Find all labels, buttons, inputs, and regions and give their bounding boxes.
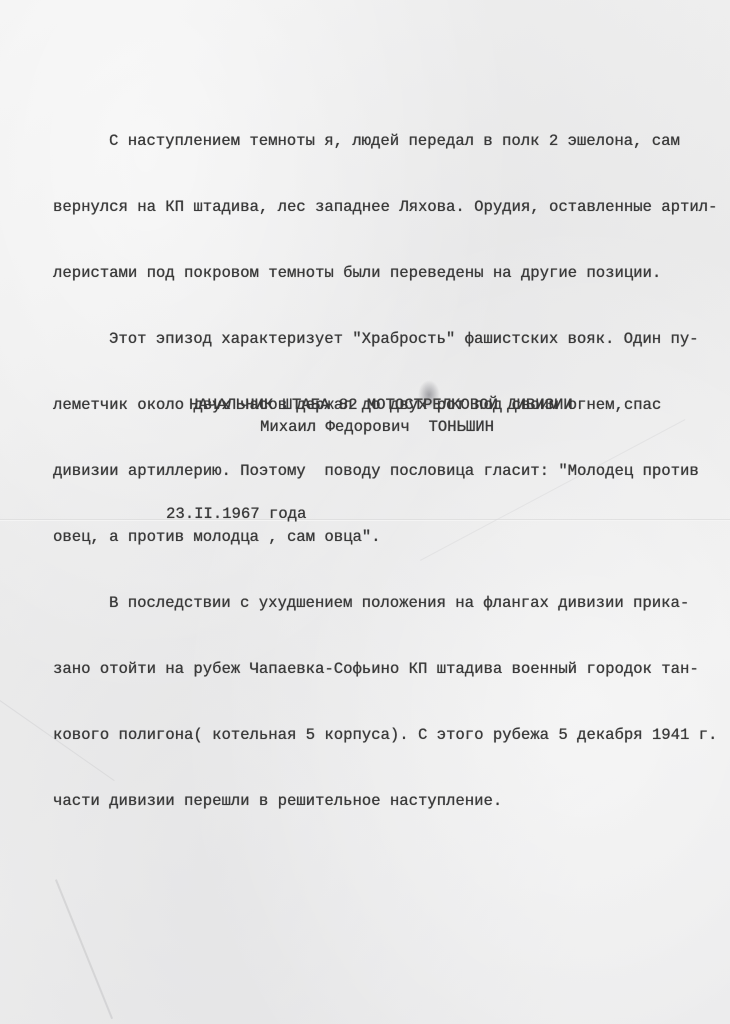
paragraph-1-line-1: С наступлением темноты я, людей передал … [53, 130, 717, 152]
paragraph-3-line-1: В последствии с ухудшением положения на … [53, 592, 717, 614]
paragraph-2-line-4: овец, а против молодца , сам овца". [53, 526, 717, 548]
signature-title: НАЧАЛЬНИК ШТАБА 82 МОТОСТРЕЛКОВОЙ ДИВИЗИ… [189, 394, 573, 416]
document-date: 23.II.1967 года [166, 503, 306, 525]
letter-body: С наступлением темноты я, людей передал … [53, 86, 717, 856]
paragraph-3-line-2: зано отойти на рубеж Чапаевка-Софьино КП… [53, 658, 717, 680]
paper-sheet: С наступлением темноты я, людей передал … [0, 0, 730, 1024]
paragraph-2-line-3: дивизии артиллерию. Поэтому поводу посло… [53, 460, 717, 482]
paragraph-3-line-4: части дивизии перешли в решительное наст… [53, 790, 717, 812]
signature-name: Михаил Федорович ТОНЬШИН [260, 416, 494, 438]
paragraph-3-line-3: кового полигона( котельная 5 корпуса). С… [53, 724, 717, 746]
paragraph-2-line-1: Этот эпизод характеризует "Храбрость" фа… [53, 328, 717, 350]
paragraph-1-line-2: вернулся на КП штадива, лес западнее Лях… [53, 196, 717, 218]
paragraph-1-line-3: леристами под покровом темноты были пере… [53, 262, 717, 284]
paper-wrinkle [55, 879, 113, 1019]
